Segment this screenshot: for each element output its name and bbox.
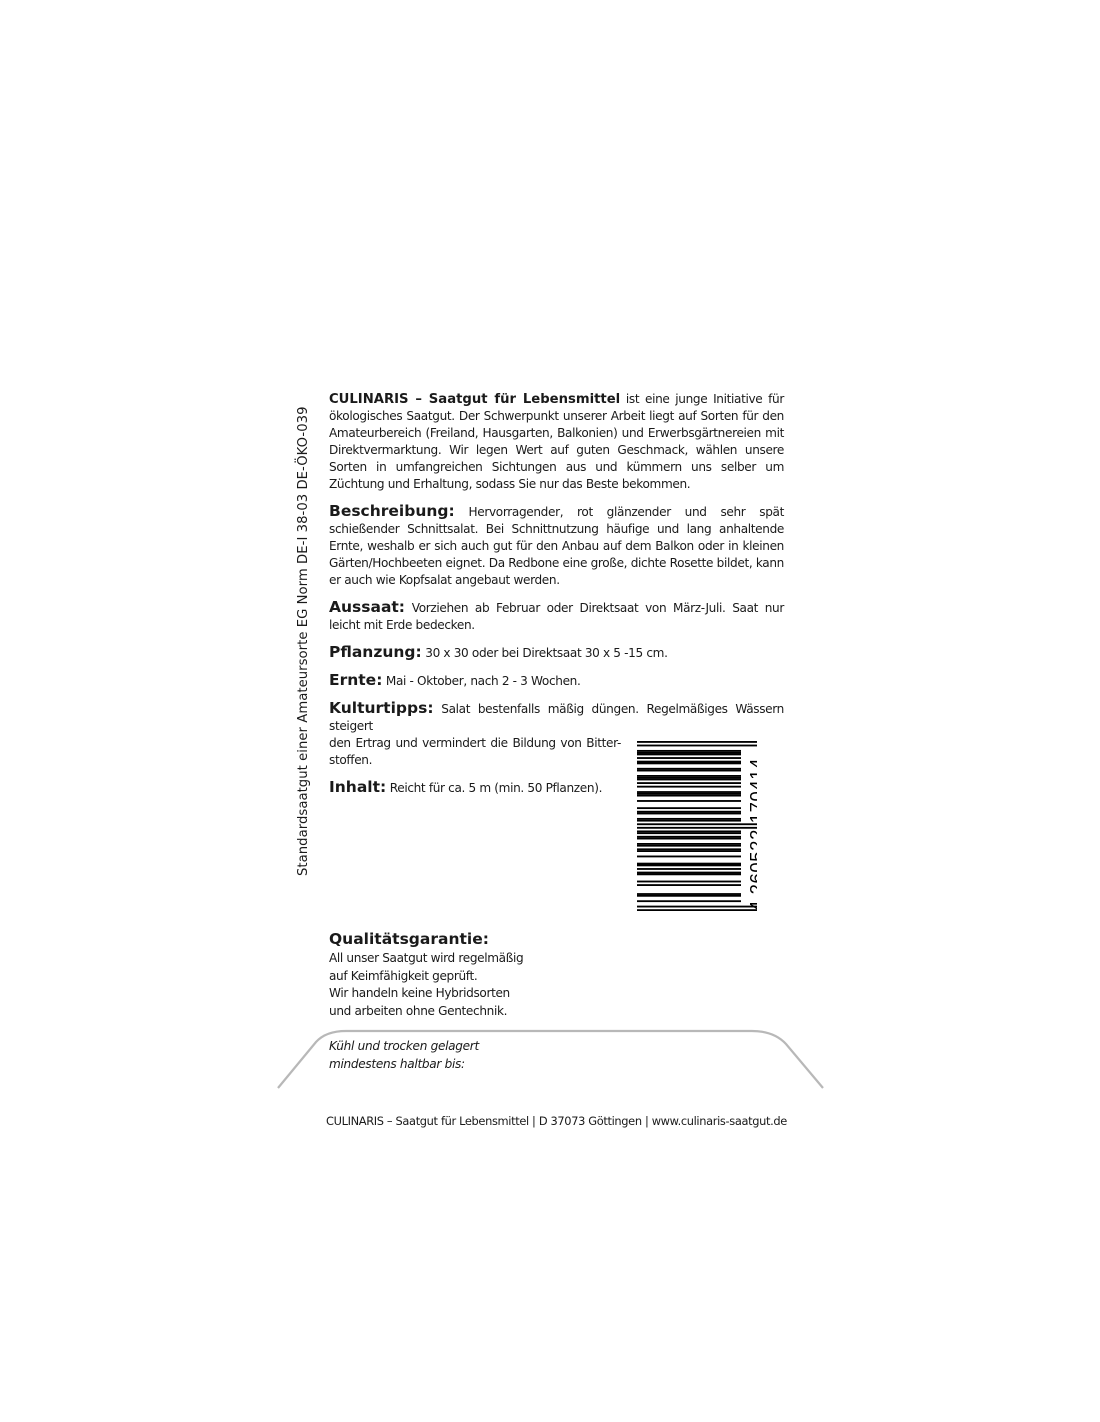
section-text: 30 x 30 oder bei Direktsaat 30 x 5 -15 c… <box>422 646 668 660</box>
section-heading: Aussaat: <box>329 598 405 616</box>
quality-heading: Qualitätsgarantie: <box>329 930 523 948</box>
seed-packet-back: Standardsaatgut einer Amateursorte EG No… <box>0 0 1100 1422</box>
section-heading: Beschreibung: <box>329 502 455 520</box>
section-ernte: Ernte: Mai - Oktober, nach 2 - 3 Wochen. <box>329 672 784 690</box>
storage-note: Kühl und trocken gelagert mindestens hal… <box>329 1038 479 1073</box>
section-beschreibung: Beschreibung: Hervorragender, rot glänze… <box>329 503 784 589</box>
quality-line: und arbeiten ohne Gentechnik. <box>329 1003 523 1021</box>
storage-line: mindestens haltbar bis: <box>329 1056 479 1074</box>
main-content: CULINARIS – Saatgut für Lebensmittel ist… <box>329 391 784 797</box>
kulturtipps-line-2: den Ertrag und vermindert die Bildung vo… <box>329 735 621 752</box>
quality-lines: All unser Saatgut wird regelmäßig auf Ke… <box>329 950 523 1020</box>
quality-line: All unser Saatgut wird regelmäßig <box>329 950 523 968</box>
quality-guarantee: Qualitätsgarantie: All unser Saatgut wir… <box>329 930 523 1020</box>
quality-line: auf Keimfähigkeit geprüft. <box>329 968 523 986</box>
section-text: Reicht für ca. 5 m (min. 50 Pflanzen). <box>386 781 602 795</box>
barcode: 4 260522 170414 <box>637 741 757 911</box>
certification-label: Standardsaatgut einer Amateursorte EG No… <box>296 406 311 876</box>
barcode-digits: 4 260522 170414 <box>746 758 757 911</box>
brand-name: CULINARIS – Saatgut für Lebensmittel <box>329 392 620 407</box>
section-heading: Inhalt: <box>329 778 386 796</box>
storage-line: Kühl und trocken gelagert <box>329 1038 479 1056</box>
quality-line: Wir handeln keine Hybridsorten <box>329 985 523 1003</box>
section-heading: Kulturtipps: <box>329 699 434 717</box>
section-text: Mai - Oktober, nach 2 - 3 Wochen. <box>382 674 580 688</box>
section-pflanzung: Pflanzung: 30 x 30 oder bei Direktsaat 3… <box>329 644 784 662</box>
kulturtipps-line-1: Kulturtipps: Salat bestenfalls mäßig dün… <box>329 700 784 735</box>
section-aussaat: Aussaat: Vorziehen ab Februar oder Direk… <box>329 599 784 634</box>
footer-address: CULINARIS – Saatgut für Lebensmittel | D… <box>326 1114 787 1128</box>
section-heading: Pflanzung: <box>329 643 422 661</box>
intro-paragraph: CULINARIS – Saatgut für Lebensmittel ist… <box>329 391 784 493</box>
section-heading: Ernte: <box>329 671 382 689</box>
